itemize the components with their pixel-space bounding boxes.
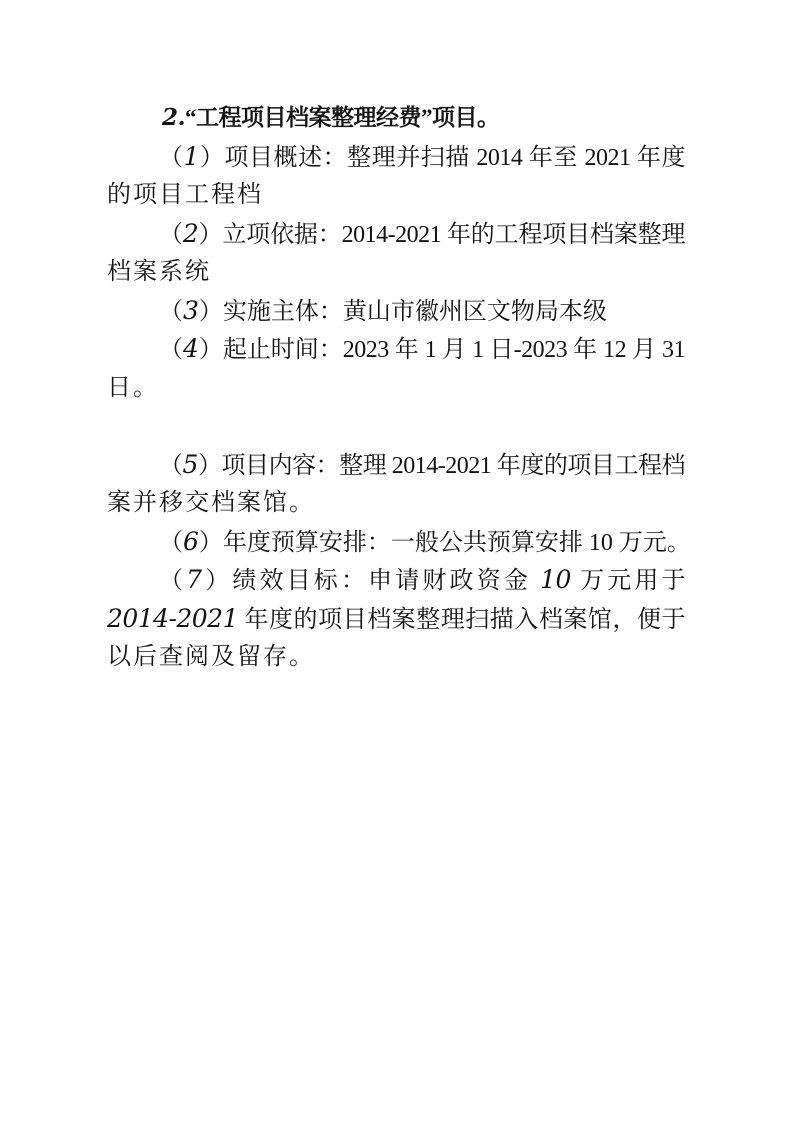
text-segment: 3 <box>183 296 199 325</box>
text-segment: ）项目内容：整理 <box>198 453 392 479</box>
text-segment: 月 <box>436 337 472 363</box>
blank-line <box>107 407 685 446</box>
text-segment: （ <box>159 145 184 171</box>
section-heading: 2.“工程项目档案整理经费”项目。 <box>107 99 685 138</box>
text-segment: 日。 <box>107 375 159 401</box>
text-segment: 1 <box>184 142 199 171</box>
text-segment: 2014-2021 <box>392 453 492 479</box>
text-segment: 2023 <box>343 337 389 363</box>
text-segment: （ <box>159 337 183 363</box>
text-segment: （ <box>159 530 183 556</box>
text-segment: 日 <box>484 337 514 363</box>
text-segment: 月 <box>626 337 662 363</box>
item-5-line-2: 案并移交档案馆。 <box>107 484 685 523</box>
text-segment: 年度的项目工程档 <box>491 453 685 479</box>
item-7-line-1: （7）绩效目标：申请财政资金 10 万元用于 <box>107 561 685 600</box>
text-segment: “工程项目档案整理经费”项目。 <box>185 105 500 130</box>
item-2-line-1: （2）立项依据：2014-2021 年的工程项目档案整理入 <box>107 215 685 254</box>
item-4-line-1: （4）起止时间：2023 年 1 月 1 日-2023 年 12 月 31 <box>107 330 685 369</box>
text-segment: ）实施主体：黄山市徽州区文物局本级 <box>199 299 607 325</box>
item-1-line-1: （1）项目概述：整理并扫描 2014 年至 2021 年度 <box>107 138 685 177</box>
text-segment: （ <box>159 568 186 594</box>
text-segment: 1 <box>425 337 437 363</box>
text-segment: 12 <box>603 337 626 363</box>
text-segment: 10 <box>589 530 613 556</box>
item-7-line-3: 以后查阅及留存。 <box>107 638 685 677</box>
document-page: 2.“工程项目档案整理经费”项目。（1）项目概述：整理并扫描 2014 年至 2… <box>0 0 793 1122</box>
text-segment: （ <box>159 222 183 248</box>
text-segment: 5 <box>183 450 198 479</box>
item-7-line-2: 2014-2021 年度的项目档案整理扫描入档案馆，便于 <box>107 600 685 639</box>
text-segment: 2021 <box>584 145 630 171</box>
text-segment: 2014 <box>476 145 522 171</box>
text-segment: 年度 <box>630 145 685 171</box>
item-2-line-2: 档案系统 <box>107 253 685 292</box>
text-segment: 年度的项目档案整理扫描入档案馆，便于 <box>238 607 685 633</box>
item-6-line: （6）年度预算安排：一般公共预算安排 10 万元。 <box>107 523 685 562</box>
text-segment: 1 <box>472 337 484 363</box>
text-segment: 7 <box>186 565 201 594</box>
text-segment: 2014-2021 <box>342 222 442 248</box>
text-segment: ）起止时间： <box>198 337 342 363</box>
item-4-line-2: 日。 <box>107 369 685 408</box>
text-segment: （ <box>159 299 183 325</box>
text-segment: ）项目概述：整理并扫描 <box>199 145 476 171</box>
text-segment: 年 <box>567 337 603 363</box>
text-segment: 以后查阅及留存。 <box>107 644 315 670</box>
text-segment: 的项目工程档 <box>107 182 263 208</box>
text-segment: 万元。 <box>613 530 691 556</box>
text-segment: 31 <box>662 337 685 363</box>
text-segment: 年至 <box>522 145 584 171</box>
text-segment: ）立项依据： <box>198 222 341 248</box>
text-segment: 万元用于 <box>571 568 685 594</box>
document-body: 2.“工程项目档案整理经费”项目。（1）项目概述：整理并扫描 2014 年至 2… <box>107 99 685 677</box>
text-segment: ）绩效目标：申请财政资金 <box>202 568 541 594</box>
text-segment: 年 <box>389 337 425 363</box>
text-segment: （ <box>159 453 183 479</box>
text-segment: 档案系统 <box>107 259 211 285</box>
text-segment: -2023 <box>514 337 568 363</box>
text-segment: 案并移交档案馆。 <box>107 490 315 516</box>
text-segment: 6 <box>183 527 199 556</box>
text-segment: 2. <box>162 104 185 131</box>
item-3-line: （3）实施主体：黄山市徽州区文物局本级 <box>107 292 685 331</box>
text-segment: 10 <box>540 565 571 594</box>
item-1-line-2: 的项目工程档 <box>107 176 685 215</box>
text-segment: 2014-2021 <box>107 604 238 633</box>
text-segment: ）年度预算安排：一般公共预算安排 <box>199 530 589 556</box>
text-segment: 4 <box>183 334 198 363</box>
item-5-line-1: （5）项目内容：整理 2014-2021 年度的项目工程档 <box>107 446 685 485</box>
text-segment: 2 <box>183 219 198 248</box>
